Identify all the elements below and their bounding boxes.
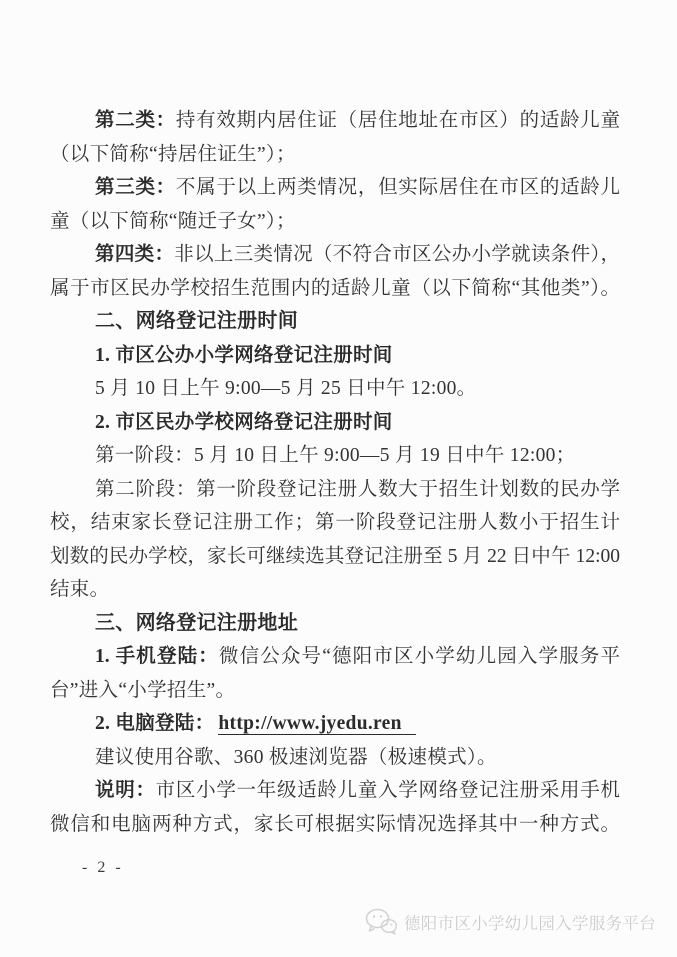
document-line: 说明：市区小学一年级适龄儿童入学网络登记注册采用手机 [50, 774, 620, 808]
text-segment: 结束。 [50, 579, 109, 600]
text-segment: 持有效期内居住证（居住地址在市区）的适龄儿童 [176, 110, 620, 131]
text-segment: 属于市区民办学校招生范围内的适龄儿童（以下简称“其他类”）。 [50, 278, 620, 299]
document-line: 第二阶段：第一阶段登记注册人数大于招生计划数的民办学 [50, 473, 620, 507]
page-number: - 2 - [82, 858, 124, 878]
document-line: 第四类：非以上三类情况（不符合市区公办小学就读条件）， [50, 238, 620, 272]
document-line: 建议使用谷歌、360 极速浏览器（极速模式）。 [50, 741, 620, 775]
bold-label: 1. 手机登陆： [95, 646, 219, 667]
section-heading: 二、网络登记注册时间 [50, 305, 620, 339]
section-heading: 三、网络登记注册地址 [50, 607, 620, 641]
text-segment: 童（以下简称“随迁子女”）； [50, 211, 296, 232]
document-body: 第二类：持有效期内居住证（居住地址在市区）的适龄儿童（以下简称“持居住证生”）；… [50, 104, 620, 841]
text-segment: 微信公众号“德阳市区小学幼儿园入学服务平 [219, 646, 620, 667]
text-segment: 划数的民办学校，家长可继续选其登记注册至 5 月 22 日中午 12:00 [50, 546, 620, 567]
document-line: 微信和电脑两种方式，家长可根据实际情况选择其中一种方式。 [50, 808, 620, 842]
watermark: 德阳市区小学幼儿园入学服务平台 [365, 908, 656, 935]
text-segment: 市区小学一年级适龄儿童入学网络登记注册采用手机 [156, 780, 620, 801]
bold-label: 第四类： [95, 244, 174, 265]
document-page: 第二类：持有效期内居住证（居住地址在市区）的适龄儿童（以下简称“持居住证生”）；… [0, 0, 677, 957]
bold-label: 第二类： [95, 110, 176, 131]
document-line: 第三类：不属于以上两类情况，但实际居住在市区的适龄儿 [50, 171, 620, 205]
text-segment: 建议使用谷歌、360 极速浏览器（极速模式）。 [95, 747, 497, 768]
bold-label: 三、网络登记注册地址 [95, 612, 298, 634]
text-segment: 第一阶段：5 月 10 日上午 9:00—5 月 19 日中午 12:00； [95, 445, 576, 466]
document-line: 童（以下简称“随迁子女”）； [50, 205, 620, 239]
bold-label: 第三类： [95, 177, 176, 198]
document-line: 1. 市区公办小学网络登记注册时间 [50, 339, 620, 373]
text-segment: 非以上三类情况（不符合市区公办小学就读条件）， [174, 244, 620, 265]
document-line: 台”进入“小学招生”。 [50, 674, 620, 708]
document-line: 5 月 10 日上午 9:00—5 月 25 日中午 12:00。 [50, 372, 620, 406]
document-line: 2. 市区民办学校网络登记注册时间 [50, 406, 620, 440]
document-line: 属于市区民办学校招生范围内的适龄儿童（以下简称“其他类”）。 [50, 272, 620, 306]
bold-label: 2. 市区民办学校网络登记注册时间 [95, 412, 393, 433]
bold-label: 说明： [95, 780, 156, 801]
document-line: （以下简称“持居住证生”）； [50, 138, 620, 172]
bold-label: 2. 电脑登陆： [95, 713, 214, 734]
website-url: http://www.jyedu.ren [218, 713, 415, 735]
wechat-icon [365, 908, 397, 935]
document-line: 划数的民办学校，家长可继续选其登记注册至 5 月 22 日中午 12:00 [50, 540, 620, 574]
text-segment: 校，结束家长登记注册工作；第一阶段登记注册人数小于招生计 [50, 512, 620, 533]
bold-label: 1. 市区公办小学网络登记注册时间 [95, 345, 393, 366]
text-segment: 微信和电脑两种方式，家长可根据实际情况选择其中一种方式。 [50, 814, 620, 835]
watermark-text: 德阳市区小学幼儿园入学服务平台 [404, 910, 656, 934]
document-line: 第二类：持有效期内居住证（居住地址在市区）的适龄儿童 [50, 104, 620, 138]
document-line: 2. 电脑登陆：http://www.jyedu.ren [50, 707, 620, 741]
text-segment: 5 月 10 日上午 9:00—5 月 25 日中午 12:00。 [95, 378, 477, 399]
text-segment: 第二阶段：第一阶段登记注册人数大于招生计划数的民办学 [95, 479, 620, 500]
document-line: 1. 手机登陆：微信公众号“德阳市区小学幼儿园入学服务平 [50, 640, 620, 674]
document-line: 结束。 [50, 573, 620, 607]
bold-label: 二、网络登记注册时间 [95, 310, 298, 332]
text-segment: 台”进入“小学招生”。 [50, 680, 235, 701]
document-line: 第一阶段：5 月 10 日上午 9:00—5 月 19 日中午 12:00； [50, 439, 620, 473]
document-line: 校，结束家长登记注册工作；第一阶段登记注册人数小于招生计 [50, 506, 620, 540]
text-segment: （以下简称“持居住证生”）； [50, 144, 296, 165]
text-segment: 不属于以上两类情况，但实际居住在市区的适龄儿 [176, 177, 620, 198]
